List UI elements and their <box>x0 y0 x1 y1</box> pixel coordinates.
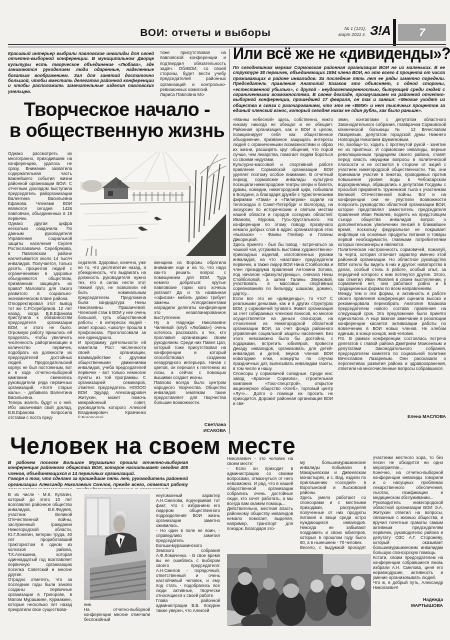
left-article-lead: Красивый интерьер выбрали павловские инв… <box>8 51 154 101</box>
bottom-article-column-3: неугомонный характер А.Н.Смелова, подчер… <box>156 493 220 633</box>
issue-date: № 1 (121), март 2011 г. <box>320 26 366 37</box>
section-title: ВОИ: отчеты и выборы <box>118 27 293 39</box>
speaker-at-podium-photo <box>84 494 150 600</box>
right-article-lead: По сегодняшним меркам Сормовская районна… <box>233 65 445 114</box>
bottom-article-column-5: му большемурашкинские инвалиды побывали … <box>300 460 366 550</box>
bottom-article-column-6: участники местного хора, то без песен не… <box>373 455 443 595</box>
conference-delegates-image <box>227 554 371 626</box>
header-divider-bar <box>393 19 396 47</box>
conference-delegates-photo <box>227 554 371 626</box>
right-article-signature: Елена МАСЛОВА <box>338 414 446 420</box>
speaker-at-podium-image <box>84 494 150 600</box>
left-article-column-3: женщина из Ворсмы обратила внимание еще … <box>154 260 226 420</box>
winter-landscape-illustration <box>78 152 226 256</box>
column-divider <box>229 49 230 434</box>
page-number: 7 <box>398 24 446 41</box>
bottom-article-column-2-under-photo: ние. На отчетно-выборной конференции мно… <box>84 602 150 630</box>
right-article-headline: Или всё же не «дивиденды»? <box>233 44 425 64</box>
newspaper-logo: З!А <box>370 23 391 38</box>
bottom-article-signature: Надежда МАРТЫШОВА <box>373 597 443 608</box>
right-article-column-1: «Манны небесной» здесь, собственно, никт… <box>233 117 333 439</box>
left-article-column-1: Однако рассмотреть их многогранно, прихо… <box>8 151 72 421</box>
winter-landscape-drawing <box>78 152 226 256</box>
left-headline-line2: в общественную жизнь <box>8 121 226 142</box>
bottom-article-column-4: Николаевич - это человек на своем месте:… <box>227 456 293 550</box>
left-article-headline: Творческое начало - в общественную жизнь <box>8 100 226 143</box>
left-article-column-2: седателя. Здоровье, конечно, уже не то, … <box>78 260 146 418</box>
bottom-article-lead: В рабочем поселке Большое Мурашкино прош… <box>8 460 188 489</box>
right-article-column-2: зями, контактами с депутатом областного … <box>338 117 446 413</box>
bottom-article-column-1: В их числе - М.К. Кулагин, который до эт… <box>8 492 72 634</box>
left-article-signature: Светлана ИСАКОВА <box>154 422 226 433</box>
newspaper-page: ВОИ: отчеты и выборы № 1 (121), март 201… <box>0 0 450 640</box>
left-headline-line1: Творческое начало - <box>8 100 226 121</box>
